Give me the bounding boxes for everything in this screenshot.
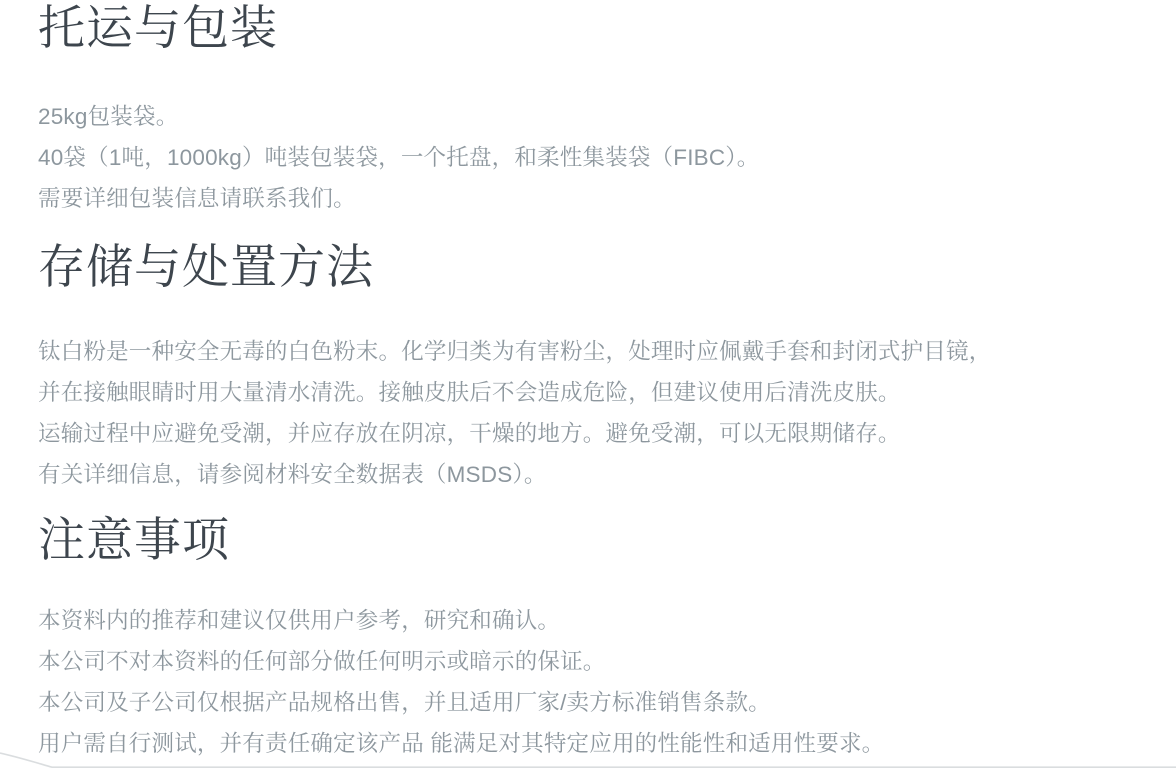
body-line: 有关详细信息，请参阅材料安全数据表（MSDS）。 <box>38 454 1136 495</box>
shipping-packaging-heading: 托运与包装 <box>38 0 1136 60</box>
document-content: 托运与包装 25kg包装袋。 40袋（1吨，1000kg）吨装包装袋，一个托盘，… <box>0 0 1176 764</box>
body-line: 本公司不对本资料的任何部分做任何明示或暗示的保证。 <box>38 641 1136 682</box>
precautions-paragraph: 本资料内的推荐和建议仅供用户参考，研究和确认。 本公司不对本资料的任何部分做任何… <box>38 600 1136 764</box>
section-precautions: 注意事项 本资料内的推荐和建议仅供用户参考，研究和确认。 本公司不对本资料的任何… <box>38 508 1136 764</box>
body-line: 本公司及子公司仅根据产品规格出售，并且适用厂家/卖方标准销售条款。 <box>38 682 1136 723</box>
storage-handling-paragraph: 钛白粉是一种安全无毒的白色粉末。化学归类为有害粉尘，处理时应佩戴手套和封闭式护目… <box>38 331 1136 495</box>
body-line: 并在接触眼睛时用大量清水清洗。接触皮肤后不会造成危险，但建议使用后清洗皮肤。 <box>38 372 1136 413</box>
section-storage-handling: 存储与处置方法 钛白粉是一种安全无毒的白色粉末。化学归类为有害粉尘，处理时应佩戴… <box>38 235 1136 495</box>
body-line: 需要详细包装信息请联系我们。 <box>38 178 1136 219</box>
precautions-heading: 注意事项 <box>38 508 1136 572</box>
shipping-packaging-paragraph: 25kg包装袋。 40袋（1吨，1000kg）吨装包装袋，一个托盘，和柔性集装袋… <box>38 96 1136 219</box>
body-line: 用户需自行测试，并有责任确定该产品 能满足对其特定应用的性能性和适用性要求。 <box>38 723 1136 764</box>
product-document-page: 托运与包装 25kg包装袋。 40袋（1吨，1000kg）吨装包装袋，一个托盘，… <box>0 0 1176 768</box>
section-shipping-packaging: 托运与包装 25kg包装袋。 40袋（1吨，1000kg）吨装包装袋，一个托盘，… <box>38 0 1136 219</box>
body-line: 钛白粉是一种安全无毒的白色粉末。化学归类为有害粉尘，处理时应佩戴手套和封闭式护目… <box>38 331 1136 372</box>
body-line: 40袋（1吨，1000kg）吨装包装袋，一个托盘，和柔性集装袋（FIBC）。 <box>38 137 1136 178</box>
body-line: 25kg包装袋。 <box>38 96 1136 137</box>
body-line: 运输过程中应避免受潮，并应存放在阴凉，干燥的地方。避免受潮，可以无限期储存。 <box>38 413 1136 454</box>
storage-handling-heading: 存储与处置方法 <box>38 235 1136 299</box>
body-line: 本资料内的推荐和建议仅供用户参考，研究和确认。 <box>38 600 1136 641</box>
